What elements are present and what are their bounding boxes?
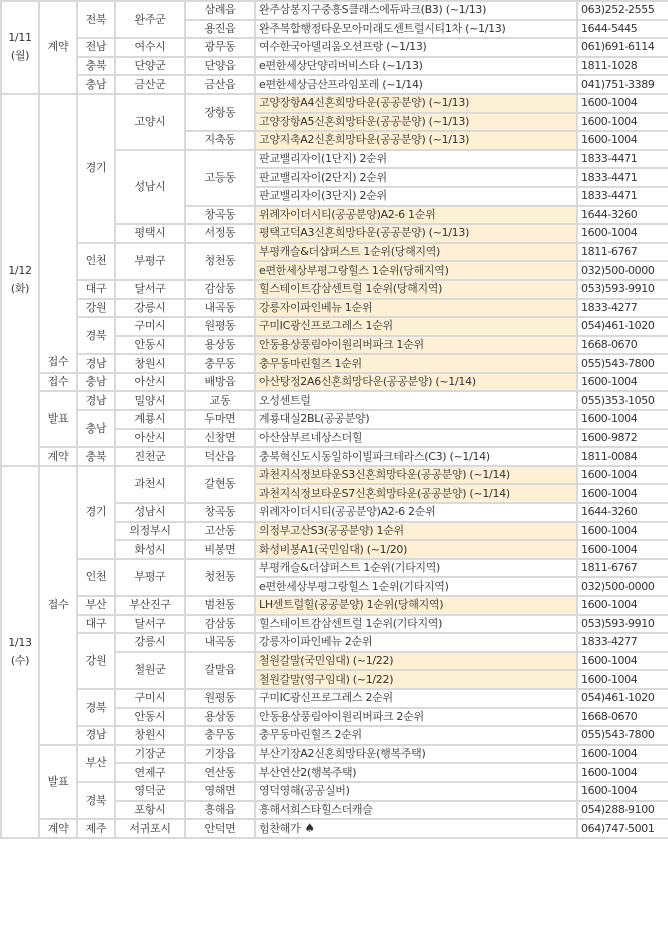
complex-name: 안동용상풍림아이원리버파크 2순위 — [255, 708, 577, 727]
town-cell: 청천동 — [185, 243, 255, 280]
complex-name: 화성비봉A1(국민임대) (~1/20) — [255, 540, 577, 559]
phone-number: 053)593-9910 — [577, 615, 668, 634]
complex-name: 충북혁신도시동일하이빌파크테라스(C3) (~1/14) — [255, 447, 577, 466]
city-cell: 달서구 — [115, 280, 185, 299]
city-cell: 아산시 — [115, 373, 185, 392]
date-label: 1/11 — [5, 29, 35, 47]
type-cell: 접수 — [39, 373, 77, 392]
table-row: 계약 제주 서귀포시 안덕면 힘찬해가♠ 064)747-5001 — [1, 819, 668, 838]
city-cell: 부산진구 — [115, 596, 185, 615]
table-row: 충북 단양군 단양읍 e편한세상단양리버비스타 (~1/13) 1811-102… — [1, 57, 668, 76]
phone-number: 1833-4277 — [577, 299, 668, 318]
region-cell: 부산 — [77, 745, 115, 782]
city-cell: 강릉시 — [115, 633, 185, 652]
phone-number: 1600-1004 — [577, 670, 668, 689]
complex-name: 구미IC광신프로그레스 1순위 — [255, 317, 577, 336]
town-cell: 덕산읍 — [185, 447, 255, 466]
region-cell: 경북 — [77, 317, 115, 354]
region-cell: 대구 — [77, 615, 115, 634]
city-cell: 완주군 — [115, 1, 185, 38]
phone-number: 1600-1004 — [577, 596, 668, 615]
town-cell: 창곡동 — [185, 206, 255, 225]
complex-name: 여수한국아델리움오션프랑 (~1/13) — [255, 38, 577, 57]
town-cell: 비봉면 — [185, 540, 255, 559]
phone-number: 1600-1004 — [577, 652, 668, 671]
phone-number: 063)252-2555 — [577, 1, 668, 20]
table-row: 1/12(화) 접수 경기 고양시 장항동 고양장항A4신혼희망타운(공공분양)… — [1, 94, 668, 113]
date-cell: 1/13(수) — [1, 466, 39, 838]
complex-name: 철원갈말(영구임대) (~1/22) — [255, 670, 577, 689]
complex-name: 과천지식정보타운S7신혼희망타운(공공분양) (~1/14) — [255, 484, 577, 503]
complex-name-text: 힘찬해가 — [259, 822, 300, 835]
complex-name: 아산삼부르네상스더힐 — [255, 429, 577, 448]
city-cell: 평택시 — [115, 224, 185, 243]
city-cell: 의정부시 — [115, 522, 185, 541]
town-cell: 내곡동 — [185, 299, 255, 318]
table-row: 대구 달서구 감삼동 힐스테이트감삼센트럴 1순위(기타지역) 053)593-… — [1, 615, 668, 634]
town-cell: 충무동 — [185, 726, 255, 745]
complex-name: 완주삼봉지구중흥S클래스에듀파크(B3) (~1/13) — [255, 1, 577, 20]
town-cell: 원평동 — [185, 317, 255, 336]
type-cell: 발표 — [39, 745, 77, 819]
type-cell: 발표 — [39, 391, 77, 447]
table-row: 1/13(수) 접수 경기 과천시 갈현동 과천지식정보타운S3신혼희망타운(공… — [1, 466, 668, 485]
region-cell: 부산 — [77, 596, 115, 615]
town-cell: 감삼동 — [185, 280, 255, 299]
region-cell: 제주 — [77, 819, 115, 838]
city-cell: 부평구 — [115, 243, 185, 280]
town-cell: 용상동 — [185, 708, 255, 727]
town-cell: 흥해읍 — [185, 801, 255, 820]
complex-name: 판교밸리자이(2단지) 2순위 — [255, 168, 577, 187]
city-cell: 안동시 — [115, 708, 185, 727]
city-cell: 진천군 — [115, 447, 185, 466]
phone-number: 1833-4471 — [577, 187, 668, 206]
city-cell: 기장군 — [115, 745, 185, 764]
city-cell: 창원시 — [115, 726, 185, 745]
town-cell: 원평동 — [185, 689, 255, 708]
phone-number: 1600-1004 — [577, 410, 668, 429]
town-cell: 고산동 — [185, 522, 255, 541]
complex-name: 판교밸리자이(1단지) 2순위 — [255, 150, 577, 169]
region-cell: 경남 — [77, 391, 115, 410]
city-cell: 달서구 — [115, 615, 185, 634]
region-cell: 인천 — [77, 243, 115, 280]
date-label: 1/12 — [5, 262, 35, 280]
town-cell: 교동 — [185, 391, 255, 410]
city-cell: 서귀포시 — [115, 819, 185, 838]
complex-name: 고양장항A4신혼희망타운(공공분양) (~1/13) — [255, 94, 577, 113]
town-cell: 충무동 — [185, 354, 255, 373]
phone-number: 061)691-6114 — [577, 38, 668, 57]
phone-number: 1600-1004 — [577, 466, 668, 485]
city-cell: 창원시 — [115, 354, 185, 373]
complex-name: 완주복합행정타운모아미래도센트럴시티1차 (~1/13) — [255, 20, 577, 39]
region-cell: 경북 — [77, 689, 115, 726]
phone-number: 1600-1004 — [577, 745, 668, 764]
subscription-schedule-table: 1/11(월) 계약 전북 완주군 삼례읍 완주삼봉지구중흥S클래스에듀파크(B… — [0, 0, 668, 839]
table-row: 강원 강릉시 내곡동 강릉자이파인베뉴 1순위 1833-4277 — [1, 299, 668, 318]
region-cell: 강원 — [77, 633, 115, 689]
complex-name: 부산연산2(행복주택) — [255, 763, 577, 782]
complex-name: 힐스테이트감삼센트럴 1순위(기타지역) — [255, 615, 577, 634]
city-cell: 아산시 — [115, 429, 185, 448]
table-row: 인천 부평구 청천동 부평캐슬&더샵퍼스트 1순위(당해지역) 1811-676… — [1, 243, 668, 262]
complex-name: e편한세상부평그랑힐스 1순위(당해지역) — [255, 261, 577, 280]
complex-name: e편한세상금산프라임포레 (~1/14) — [255, 75, 577, 94]
city-cell: 철원군 — [115, 652, 185, 689]
region-cell: 경북 — [77, 782, 115, 819]
phone-number: 1600-1004 — [577, 782, 668, 801]
region-cell: 전북 — [77, 1, 115, 38]
phone-number: 032)500-0000 — [577, 577, 668, 596]
town-cell: 기장읍 — [185, 745, 255, 764]
phone-number: 055)353-1050 — [577, 391, 668, 410]
town-cell: 단양읍 — [185, 57, 255, 76]
complex-name: 과천지식정보타운S3신혼희망타운(공공분양) (~1/14) — [255, 466, 577, 485]
weekday-label: (수) — [5, 652, 35, 670]
region-cell: 경기 — [77, 94, 115, 243]
town-cell: 내곡동 — [185, 633, 255, 652]
city-cell: 부평구 — [115, 559, 185, 596]
date-cell: 1/12(화) — [1, 94, 39, 466]
spade-icon: ♠ — [304, 821, 314, 835]
region-cell: 충북 — [77, 447, 115, 466]
phone-number: 1600-1004 — [577, 224, 668, 243]
town-cell: 범천동 — [185, 596, 255, 615]
complex-name: 부산기장A2신혼희망타운(행복주택) — [255, 745, 577, 764]
town-cell: 장항동 — [185, 94, 255, 131]
complex-name: e편한세상단양리버비스타 (~1/13) — [255, 57, 577, 76]
phone-number: 1600-1004 — [577, 113, 668, 132]
complex-name: 구미IC광신프로그레스 2순위 — [255, 689, 577, 708]
town-cell: 삼례읍 — [185, 1, 255, 20]
complex-name: 힘찬해가♠ — [255, 819, 577, 838]
table-row: 충남 금산군 금산읍 e편한세상금산프라임포레 (~1/14) 041)751-… — [1, 75, 668, 94]
region-cell: 경남 — [77, 726, 115, 745]
town-cell: 지축동 — [185, 131, 255, 150]
city-cell: 연제구 — [115, 763, 185, 782]
city-cell: 구미시 — [115, 317, 185, 336]
region-cell: 충남 — [77, 373, 115, 392]
table-row: 부산 부산진구 범천동 LH센트럴힐(공공분양) 1순위(당해지역) 1600-… — [1, 596, 668, 615]
town-cell: 영해면 — [185, 782, 255, 801]
phone-number: 1668-0670 — [577, 336, 668, 355]
table-row: 1/11(월) 계약 전북 완주군 삼례읍 완주삼봉지구중흥S클래스에듀파크(B… — [1, 1, 668, 20]
city-cell: 여수시 — [115, 38, 185, 57]
region-cell: 충북 — [77, 57, 115, 76]
phone-number: 064)747-5001 — [577, 819, 668, 838]
complex-name: LH센트럴힐(공공분양) 1순위(당해지역) — [255, 596, 577, 615]
phone-number: 1600-1004 — [577, 373, 668, 392]
complex-name: 힐스테이트감삼센트럴 1순위(당해지역) — [255, 280, 577, 299]
complex-name: 위례자이더시티(공공분양)A2-6 1순위 — [255, 206, 577, 225]
weekday-label: (화) — [5, 280, 35, 298]
complex-name: 충무동마린힐즈 2순위 — [255, 726, 577, 745]
phone-number: 1600-1004 — [577, 540, 668, 559]
phone-number: 1833-4471 — [577, 150, 668, 169]
date-label: 1/13 — [5, 634, 35, 652]
town-cell: 두마면 — [185, 410, 255, 429]
city-cell: 성남시 — [115, 503, 185, 522]
phone-number: 1644-3260 — [577, 503, 668, 522]
city-cell: 금산군 — [115, 75, 185, 94]
complex-name: 영덕영해(공공실버) — [255, 782, 577, 801]
complex-name: 오성센트럴 — [255, 391, 577, 410]
complex-name: e편한세상부평그랑힐스 1순위(기타지역) — [255, 577, 577, 596]
phone-number: 1668-0670 — [577, 708, 668, 727]
city-cell: 포항시 — [115, 801, 185, 820]
phone-number: 054)288-9100 — [577, 801, 668, 820]
region-cell: 강원 — [77, 299, 115, 318]
complex-name: 아산탕정2A6신혼희망타운(공공분양) (~1/14) — [255, 373, 577, 392]
town-cell: 연산동 — [185, 763, 255, 782]
city-cell: 화성시 — [115, 540, 185, 559]
phone-number: 055)543-7800 — [577, 354, 668, 373]
phone-number: 1600-1004 — [577, 522, 668, 541]
type-cell: 계약 — [39, 1, 77, 94]
table-row: 계약 충북 진천군 덕산읍 충북혁신도시동일하이빌파크테라스(C3) (~1/1… — [1, 447, 668, 466]
phone-number: 1644-3260 — [577, 206, 668, 225]
complex-name: 고양장항A5신혼희망타운(공공분양) (~1/13) — [255, 113, 577, 132]
town-cell: 창곡동 — [185, 503, 255, 522]
complex-name: 고양지축A2신혼희망타운(공공분양) (~1/13) — [255, 131, 577, 150]
phone-number: 1600-1004 — [577, 763, 668, 782]
complex-name: 의정부고산S3(공공분양) 1순위 — [255, 522, 577, 541]
weekday-label: (월) — [5, 47, 35, 65]
type-cell: 계약 — [39, 819, 77, 838]
phone-number: 1600-1004 — [577, 94, 668, 113]
complex-name: 부평캐슬&더샵퍼스트 1순위(기타지역) — [255, 559, 577, 578]
type-cell: 접수 — [39, 94, 77, 373]
table-row: 충남 계룡시 두마면 계룡대실2BL(공공분양) 1600-1004 — [1, 410, 668, 429]
phone-number: 1833-4471 — [577, 168, 668, 187]
city-cell: 고양시 — [115, 94, 185, 150]
city-cell: 밀양시 — [115, 391, 185, 410]
town-cell: 감삼동 — [185, 615, 255, 634]
phone-number: 054)461-1020 — [577, 317, 668, 336]
phone-number: 032)500-0000 — [577, 261, 668, 280]
town-cell: 청천동 — [185, 559, 255, 596]
complex-name: 위례자이더시티(공공분양)A2-6 2순위 — [255, 503, 577, 522]
phone-number: 1600-9872 — [577, 429, 668, 448]
town-cell: 안덕면 — [185, 819, 255, 838]
table-row: 대구 달서구 감삼동 힐스테이트감삼센트럴 1순위(당해지역) 053)593-… — [1, 280, 668, 299]
phone-number: 1644-5445 — [577, 20, 668, 39]
table-row: 접수 충남 아산시 배방읍 아산탕정2A6신혼희망타운(공공분양) (~1/14… — [1, 373, 668, 392]
city-cell: 안동시 — [115, 336, 185, 355]
town-cell: 광무동 — [185, 38, 255, 57]
region-cell: 충남 — [77, 410, 115, 447]
phone-number: 053)593-9910 — [577, 280, 668, 299]
complex-name: 판교밸리자이(3단지) 2순위 — [255, 187, 577, 206]
town-cell: 신창면 — [185, 429, 255, 448]
phone-number: 055)543-7800 — [577, 726, 668, 745]
town-cell: 갈말읍 — [185, 652, 255, 689]
table-row: 발표 부산 기장군 기장읍 부산기장A2신혼희망타운(행복주택) 1600-10… — [1, 745, 668, 764]
complex-name: 철원갈말(국민임대) (~1/22) — [255, 652, 577, 671]
complex-name: 충무동마린힐즈 1순위 — [255, 354, 577, 373]
city-cell: 계룡시 — [115, 410, 185, 429]
complex-name: 강릉자이파인베뉴 1순위 — [255, 299, 577, 318]
region-cell: 경기 — [77, 466, 115, 559]
region-cell: 충남 — [77, 75, 115, 94]
region-cell: 인천 — [77, 559, 115, 596]
phone-number: 1811-6767 — [577, 559, 668, 578]
table-row: 경남 창원시 충무동 충무동마린힐즈 2순위 055)543-7800 — [1, 726, 668, 745]
complex-name: 부평캐슬&더샵퍼스트 1순위(당해지역) — [255, 243, 577, 262]
table-row: 전남 여수시 광무동 여수한국아델리움오션프랑 (~1/13) 061)691-… — [1, 38, 668, 57]
type-cell: 접수 — [39, 466, 77, 745]
table-row: 경북 구미시 원평동 구미IC광신프로그레스 2순위 054)461-1020 — [1, 689, 668, 708]
phone-number: 1811-6767 — [577, 243, 668, 262]
town-cell: 갈현동 — [185, 466, 255, 503]
complex-name: 흥해서희스타힐스더캐슬 — [255, 801, 577, 820]
phone-number: 1833-4277 — [577, 633, 668, 652]
date-cell: 1/11(월) — [1, 1, 39, 94]
town-cell: 용진읍 — [185, 20, 255, 39]
town-cell: 용상동 — [185, 336, 255, 355]
table-row: 경북 영덕군 영해면 영덕영해(공공실버) 1600-1004 — [1, 782, 668, 801]
complex-name: 계룡대실2BL(공공분양) — [255, 410, 577, 429]
city-cell: 과천시 — [115, 466, 185, 503]
city-cell: 단양군 — [115, 57, 185, 76]
town-cell: 배방읍 — [185, 373, 255, 392]
city-cell: 구미시 — [115, 689, 185, 708]
city-cell: 성남시 — [115, 150, 185, 224]
city-cell: 영덕군 — [115, 782, 185, 801]
phone-number: 1600-1004 — [577, 484, 668, 503]
phone-number: 1811-1028 — [577, 57, 668, 76]
phone-number: 1811-0084 — [577, 447, 668, 466]
table-row: 경북 구미시 원평동 구미IC광신프로그레스 1순위 054)461-1020 — [1, 317, 668, 336]
complex-name: 강릉자이파인베뉴 2순위 — [255, 633, 577, 652]
region-cell: 전남 — [77, 38, 115, 57]
table-row: 발표 경남 밀양시 교동 오성센트럴 055)353-1050 — [1, 391, 668, 410]
town-cell: 서정동 — [185, 224, 255, 243]
table-row: 인천 부평구 청천동 부평캐슬&더샵퍼스트 1순위(기타지역) 1811-676… — [1, 559, 668, 578]
phone-number: 1600-1004 — [577, 131, 668, 150]
city-cell: 강릉시 — [115, 299, 185, 318]
table-row: 강원 강릉시 내곡동 강릉자이파인베뉴 2순위 1833-4277 — [1, 633, 668, 652]
region-cell: 대구 — [77, 280, 115, 299]
town-cell: 고등동 — [185, 150, 255, 206]
region-cell: 경남 — [77, 354, 115, 373]
table-row: 경남 창원시 충무동 충무동마린힐즈 1순위 055)543-7800 — [1, 354, 668, 373]
type-cell: 계약 — [39, 447, 77, 466]
phone-number: 054)461-1020 — [577, 689, 668, 708]
complex-name: 평택고덕A3신혼희망타운(공공분양) (~1/13) — [255, 224, 577, 243]
complex-name: 안동용상풍림아이원리버파크 1순위 — [255, 336, 577, 355]
phone-number: 041)751-3389 — [577, 75, 668, 94]
town-cell: 금산읍 — [185, 75, 255, 94]
